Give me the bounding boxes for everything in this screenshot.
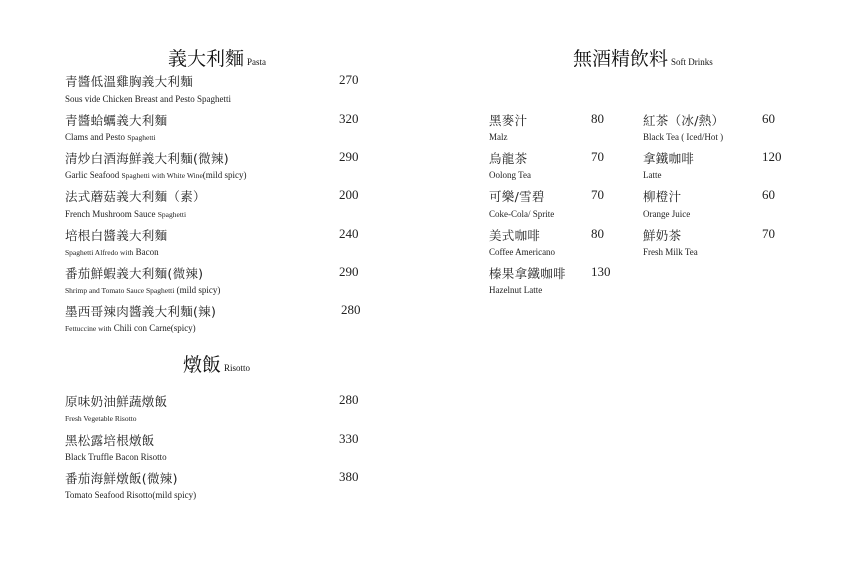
drink-price: 60 bbox=[762, 187, 775, 203]
drink-name-zh: 拿鐵咖啡 bbox=[643, 149, 694, 167]
risotto-item-name-zh: 黑松露培根燉飯 bbox=[65, 431, 155, 449]
drink-name-zh: 黑麥汁 bbox=[489, 111, 527, 129]
drink-name-zh: 鮮奶茶 bbox=[643, 226, 681, 244]
drink-name-en: Fresh Milk Tea bbox=[643, 247, 698, 257]
drink-name-en: Orange Juice bbox=[643, 209, 690, 219]
drink-price: 70 bbox=[591, 149, 604, 165]
pasta-title-zh: 義大利麵 bbox=[168, 48, 244, 70]
risotto-item-name-zh: 原味奶油鮮蔬燉飯 bbox=[65, 392, 167, 410]
risotto-item-price: 380 bbox=[339, 469, 359, 485]
pasta-item-name-zh: 清炒白酒海鮮義大利麵(微辣) bbox=[65, 149, 229, 167]
drink-name-en: Coke-Cola/ Sprite bbox=[489, 209, 554, 219]
pasta-item-name-zh: 墨西哥辣肉醬義大利麵(辣) bbox=[65, 302, 216, 320]
pasta-item-price: 280 bbox=[341, 302, 361, 318]
risotto-item-price: 330 bbox=[339, 431, 359, 447]
risotto-item-name-zh: 番茄海鮮燉飯(微辣) bbox=[65, 469, 178, 487]
pasta-section-title: 義大利麵Pasta bbox=[168, 44, 266, 71]
drink-price: 70 bbox=[762, 226, 775, 242]
risotto-item-name-en: Tomato Seafood Risotto(mild spicy) bbox=[65, 490, 196, 500]
pasta-item-name-en: Sous vide Chicken Breast and Pesto Spagh… bbox=[65, 94, 231, 104]
drink-name-en: Hazelnut Latte bbox=[489, 285, 542, 295]
pasta-item-name-en: Clams and Pesto Spaghetti bbox=[65, 132, 156, 142]
drink-price: 80 bbox=[591, 111, 604, 127]
drink-name-zh: 美式咖啡 bbox=[489, 226, 540, 244]
pasta-item-name-en: French Mushroom Sauce Spaghetti bbox=[65, 209, 186, 219]
pasta-item-price: 270 bbox=[339, 72, 359, 88]
risotto-section-title: 燉飯Risotto bbox=[183, 350, 250, 377]
pasta-item-name-en: Spaghetti Alfredo with Bacon bbox=[65, 247, 159, 257]
drink-price: 120 bbox=[762, 149, 782, 165]
drink-price: 70 bbox=[591, 187, 604, 203]
risotto-title-en: Risotto bbox=[224, 363, 250, 373]
drink-name-en: Black Tea ( Iced/Hot ) bbox=[643, 132, 723, 142]
drink-name-zh: 烏龍茶 bbox=[489, 149, 527, 167]
drink-name-en: Latte bbox=[643, 170, 662, 180]
risotto-item-name-en: Black Truffle Bacon Risotto bbox=[65, 452, 167, 462]
pasta-item-price: 200 bbox=[339, 187, 359, 203]
pasta-item-price: 320 bbox=[339, 111, 359, 127]
pasta-item-name-en: Garlic Seafood Spaghetti with White Wine… bbox=[65, 170, 247, 180]
drink-name-zh: 榛果拿鐵咖啡 bbox=[489, 264, 566, 282]
pasta-item-price: 290 bbox=[339, 149, 359, 165]
pasta-item-name-en: Fettuccine with Chili con Carne(spicy) bbox=[65, 323, 196, 333]
drinks-title-zh: 無酒精飲料 bbox=[573, 48, 668, 70]
drink-name-en: Oolong Tea bbox=[489, 170, 531, 180]
risotto-item-name-en: Fresh Vegetable Risotto bbox=[65, 413, 137, 423]
drink-price: 130 bbox=[591, 264, 611, 280]
drink-name-zh: 紅茶（冰/熱） bbox=[643, 111, 724, 129]
pasta-item-name-zh: 青醬低溫雞胸義大利麵 bbox=[65, 72, 193, 90]
pasta-item-price: 240 bbox=[339, 226, 359, 242]
drink-price: 60 bbox=[762, 111, 775, 127]
drink-name-zh: 柳橙汁 bbox=[643, 187, 681, 205]
pasta-title-en: Pasta bbox=[247, 57, 266, 67]
drink-price: 80 bbox=[591, 226, 604, 242]
drink-name-zh: 可樂/雪碧 bbox=[489, 187, 545, 205]
pasta-item-price: 290 bbox=[339, 264, 359, 280]
pasta-item-name-en: Shrimp and Tomato Sauce Spaghetti (mild … bbox=[65, 285, 220, 295]
drink-name-en: Coffee Americano bbox=[489, 247, 555, 257]
pasta-item-name-zh: 番茄鮮蝦義大利麵(微辣) bbox=[65, 264, 203, 282]
drinks-section-title: 無酒精飲料Soft Drinks bbox=[573, 44, 713, 71]
risotto-item-price: 280 bbox=[339, 392, 359, 408]
drink-name-en: Malz bbox=[489, 132, 508, 142]
pasta-item-name-zh: 青醬蛤蠣義大利麵 bbox=[65, 111, 167, 129]
pasta-item-name-zh: 培根白醬義大利麵 bbox=[65, 226, 167, 244]
pasta-item-name-zh: 法式蘑菇義大利麵（素） bbox=[65, 187, 206, 205]
risotto-title-zh: 燉飯 bbox=[183, 354, 221, 376]
drinks-title-en: Soft Drinks bbox=[671, 57, 713, 67]
